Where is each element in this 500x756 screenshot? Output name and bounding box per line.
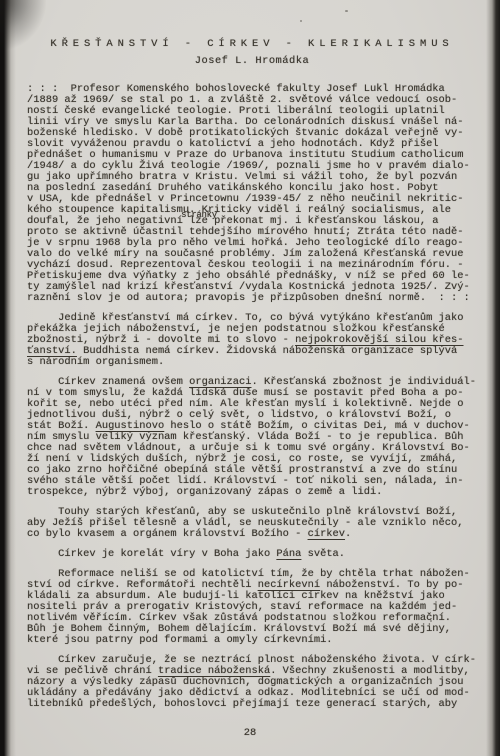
document-content: KŘESŤANSTVÍ - CÍRKEV - KLERIKALISMUS Jos… <box>27 38 477 719</box>
document-body: : : : Profesor Komenského bohoslovecké f… <box>27 84 477 710</box>
scan-speck <box>300 20 302 22</box>
paragraph: Církev je korelát víry v Boha jako Pána … <box>27 549 477 560</box>
text-line: litebníků předešlých, bohoslovci přejíma… <box>27 699 477 710</box>
paragraph: Reformace neliší se od katolictví tím, ž… <box>27 569 477 646</box>
text-line: Církev je korelát víry v Boha jako Pána … <box>27 549 477 560</box>
document-title: KŘESŤANSTVÍ - CÍRKEV - KLERIKALISMUS <box>27 38 477 50</box>
document-author: Josef L. Hromádka <box>27 55 477 67</box>
paragraph: Církev znamená ovšem organizaci. Křesťan… <box>27 377 477 498</box>
emphasized-text: Pána <box>276 548 301 560</box>
scan-edge-left <box>0 0 16 756</box>
paragraph: Touhy starých křesťanů, aby se uskutečni… <box>27 507 477 540</box>
paragraph: : : : Profesor Komenského bohoslovecké f… <box>27 84 477 304</box>
text-line: raznění slov je od autora; pravopis je p… <box>27 293 477 304</box>
paragraph: Jedině křesťanství má církev. To, co býv… <box>27 313 477 368</box>
scan-edge-right <box>486 0 500 756</box>
text-line: které jsou patrny pod formami a omyly cí… <box>27 635 477 646</box>
text-line: s národním organismem. <box>27 357 477 368</box>
scanned-document-page: KŘESŤANSTVÍ - CÍRKEV - KLERIKALISMUS Jos… <box>0 0 500 756</box>
emphasized-text: církev <box>308 528 345 540</box>
paragraph: Církev zaručuje, že se neztrácí plnost n… <box>27 655 477 710</box>
text-line: trospekce, nýbrž výboj, organizovaný záp… <box>27 487 477 498</box>
scan-speck <box>345 10 348 12</box>
text-line: co bylo kvasem a orgánem království Boží… <box>27 529 477 540</box>
page-number: 28 <box>0 727 500 739</box>
